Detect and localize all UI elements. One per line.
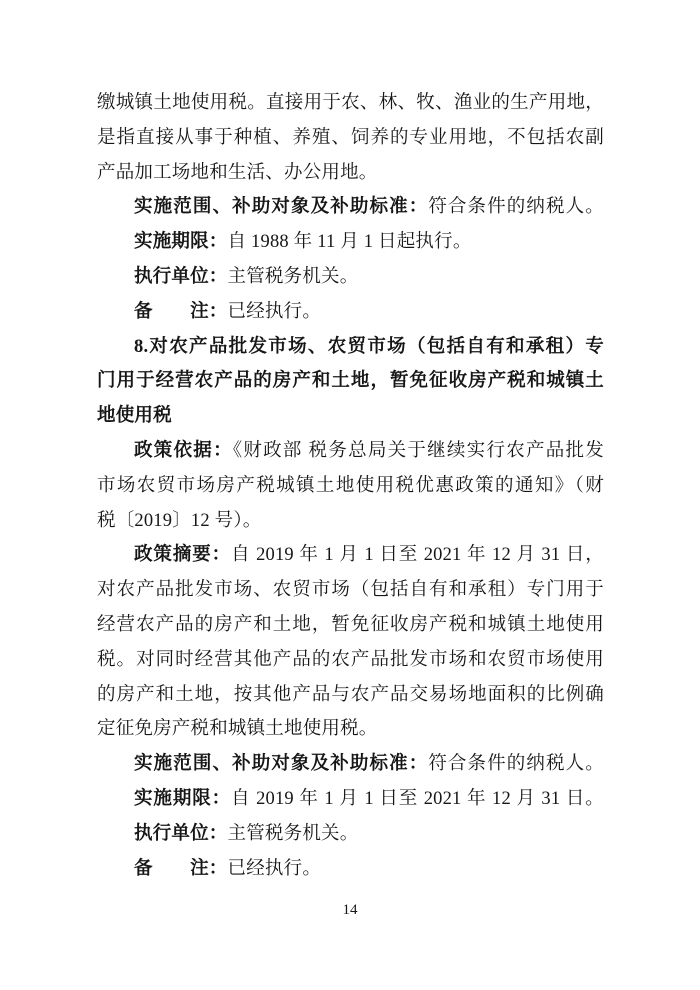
field-value: 符合条件的纳税人。 bbox=[428, 754, 604, 774]
field-value: 主管税务机关。 bbox=[228, 824, 359, 844]
field-value: 已经执行。 bbox=[228, 302, 322, 322]
text-line: 定征免房产税和城镇土地使用税。 bbox=[97, 712, 604, 747]
text-line: 备 注：已经执行。 bbox=[97, 852, 604, 887]
body-text: 税〔2019〕12 号）。 bbox=[97, 511, 261, 531]
text-line: 税。对同时经营其他产品的农产品批发市场和农贸市场使用 bbox=[97, 643, 604, 678]
body-text: 市场农贸市场房产税城镇土地使用税优惠政策的通知》（财 bbox=[97, 476, 604, 496]
section-heading-line: 门用于经营农产品的房产和土地，暂免征收房产税和城镇土 bbox=[97, 364, 604, 399]
body-text: 定征免房产税和城镇土地使用税。 bbox=[97, 719, 378, 739]
body-text: 缴城镇土地使用税。直接用于农、林、牧、渔业的生产用地， bbox=[97, 93, 604, 113]
field-label: 实施范围、补助对象及补助标准： bbox=[134, 197, 428, 217]
text-line: 政策摘要：自 2019 年 1 月 1 日至 2021 年 12 月 31 日， bbox=[97, 538, 604, 573]
field-value: 自 2019 年 1 月 1 日至 2021 年 12 月 31 日。 bbox=[231, 789, 604, 809]
field-value: 自 1988 年 11 月 1 日起执行。 bbox=[228, 232, 472, 252]
field-label: 实施范围、补助对象及补助标准： bbox=[134, 754, 428, 774]
text-line: 经营农产品的房产和土地，暂免征收房产税和城镇土地使用 bbox=[97, 608, 604, 643]
heading-text: 8.对农产品批发市场、农贸市场（包括自有和承租）专 bbox=[134, 337, 604, 357]
text-line: 缴城镇土地使用税。直接用于农、林、牧、渔业的生产用地， bbox=[97, 86, 604, 121]
field-label: 实施期限： bbox=[134, 789, 231, 809]
section-heading-line: 地使用税 bbox=[97, 399, 604, 434]
text-line: 实施范围、补助对象及补助标准：符合条件的纳税人。 bbox=[97, 190, 604, 225]
body-text: 的房产和土地，按其他产品与农产品交易场地面积的比例确 bbox=[97, 685, 604, 705]
text-line: 实施期限：自 2019 年 1 月 1 日至 2021 年 12 月 31 日。 bbox=[97, 782, 604, 817]
body-text: 经营农产品的房产和土地，暂免征收房产税和城镇土地使用 bbox=[97, 615, 604, 635]
field-value: 主管税务机关。 bbox=[228, 267, 359, 287]
text-line: 执行单位：主管税务机关。 bbox=[97, 260, 604, 295]
field-value: 自 2019 年 1 月 1 日至 2021 年 12 月 31 日， bbox=[231, 545, 604, 565]
body-text: 是指直接从事于种植、养殖、饲养的专业用地，不包括农副 bbox=[97, 128, 604, 148]
heading-text: 门用于经营农产品的房产和土地，暂免征收房产税和城镇土 bbox=[97, 371, 604, 391]
field-label: 执行单位： bbox=[134, 267, 228, 287]
field-label: 实施期限： bbox=[134, 232, 228, 252]
field-value: 已经执行。 bbox=[228, 859, 322, 879]
text-line: 备 注：已经执行。 bbox=[97, 295, 604, 330]
field-label: 备 注： bbox=[134, 302, 228, 322]
document-body: 缴城镇土地使用税。直接用于农、林、牧、渔业的生产用地， 是指直接从事于种植、养殖… bbox=[97, 86, 604, 886]
document-page: 缴城镇土地使用税。直接用于农、林、牧、渔业的生产用地， 是指直接从事于种植、养殖… bbox=[0, 0, 700, 990]
text-line: 的房产和土地，按其他产品与农产品交易场地面积的比例确 bbox=[97, 678, 604, 713]
heading-text: 地使用税 bbox=[97, 406, 172, 426]
field-value: 符合条件的纳税人。 bbox=[428, 197, 604, 217]
field-label: 执行单位： bbox=[134, 824, 228, 844]
body-text: 税。对同时经营其他产品的农产品批发市场和农贸市场使用 bbox=[97, 650, 604, 670]
text-line: 实施范围、补助对象及补助标准：符合条件的纳税人。 bbox=[97, 747, 604, 782]
text-line: 执行单位：主管税务机关。 bbox=[97, 817, 604, 852]
text-line: 实施期限：自 1988 年 11 月 1 日起执行。 bbox=[97, 225, 604, 260]
field-label: 政策依据： bbox=[134, 441, 233, 461]
field-label: 备 注： bbox=[134, 859, 228, 879]
field-value: 《财政部 税务总局关于继续实行农产品批发 bbox=[233, 441, 604, 461]
text-line: 市场农贸市场房产税城镇土地使用税优惠政策的通知》（财 bbox=[97, 469, 604, 504]
text-line: 是指直接从事于种植、养殖、饲养的专业用地，不包括农副 bbox=[97, 121, 604, 156]
section-heading-line: 8.对农产品批发市场、农贸市场（包括自有和承租）专 bbox=[97, 330, 604, 365]
body-text: 产品加工场地和生活、办公用地。 bbox=[97, 163, 378, 183]
text-line: 税〔2019〕12 号）。 bbox=[97, 504, 604, 539]
text-line: 对农产品批发市场、农贸市场（包括自有和承租）专门用于 bbox=[97, 573, 604, 608]
field-label: 政策摘要： bbox=[134, 545, 231, 565]
text-line: 产品加工场地和生活、办公用地。 bbox=[97, 156, 604, 191]
body-text: 对农产品批发市场、农贸市场（包括自有和承租）专门用于 bbox=[97, 580, 604, 600]
text-line: 政策依据：《财政部 税务总局关于继续实行农产品批发 bbox=[97, 434, 604, 469]
page-number: 14 bbox=[0, 902, 700, 919]
